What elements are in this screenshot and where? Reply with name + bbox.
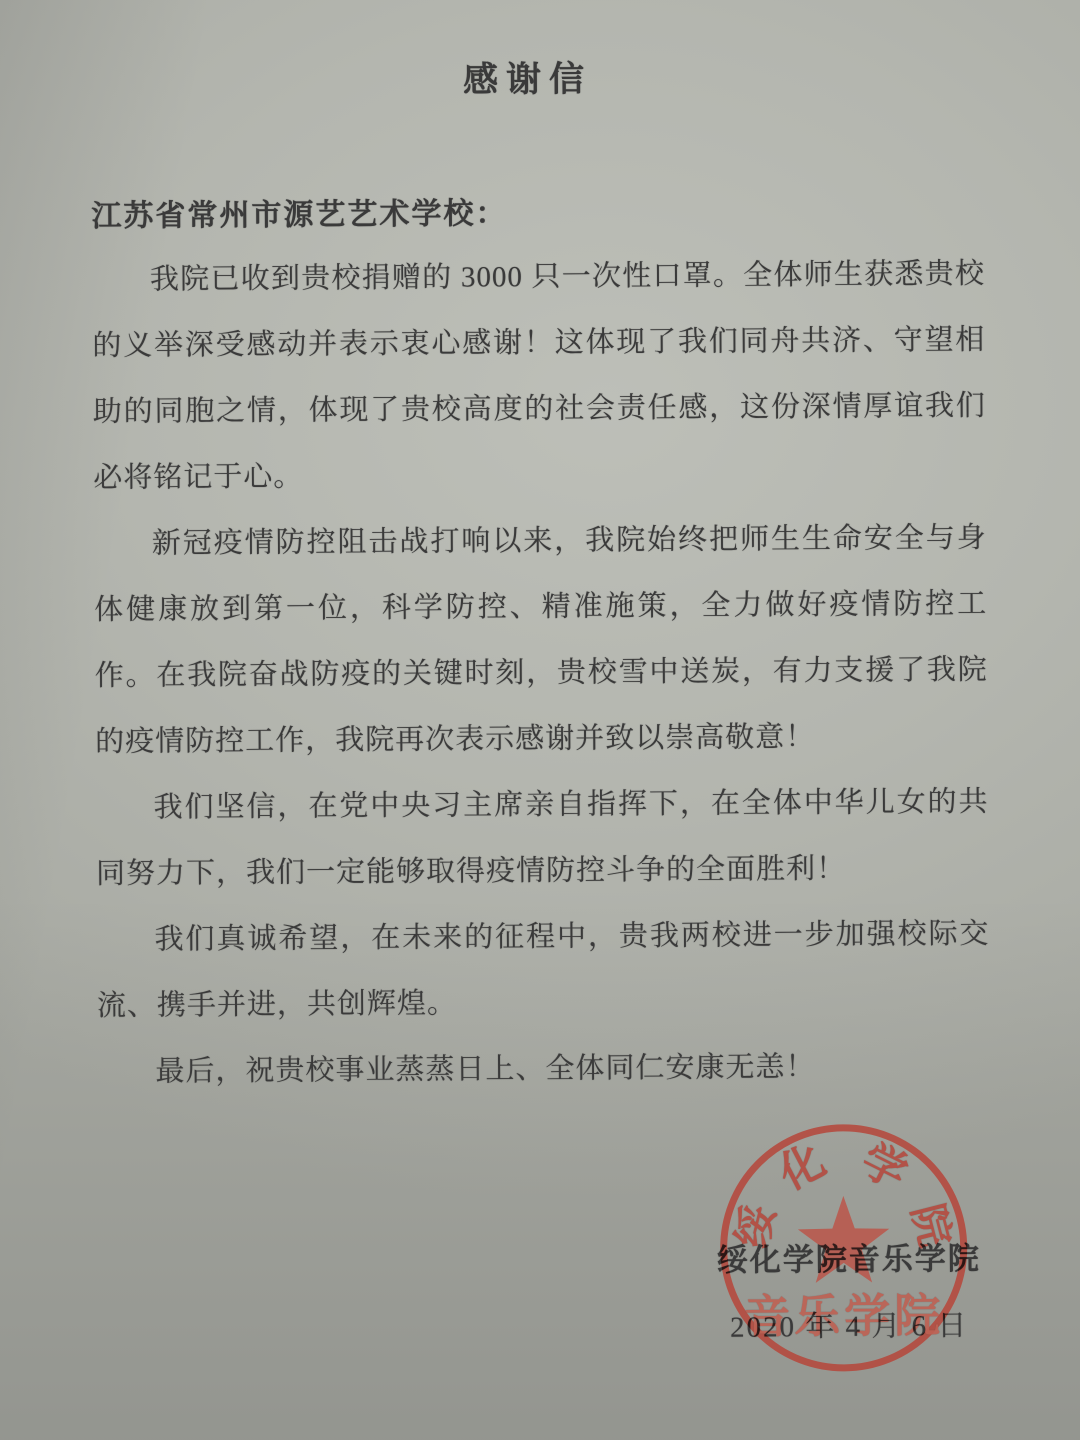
letter-title: 感谢信 xyxy=(0,48,1060,105)
official-seal: 绥 化 学 院 音乐学院 xyxy=(703,1109,985,1391)
letter-document: 感谢信 江苏省常州市源艺艺术学校： 我院已收到贵校捐赠的 3000 只一次性口罩… xyxy=(0,0,1080,1440)
letter-body: 我院已收到贵校捐赠的 3000 只一次性口罩。全体师生获悉贵校的义举深受感动并表… xyxy=(92,241,991,1105)
seal-arc-char-4: 院 xyxy=(902,1199,958,1251)
seal-star-icon xyxy=(798,1196,890,1283)
letter-photo: 感谢信 江苏省常州市源艺艺术学校： 我院已收到贵校捐赠的 3000 只一次性口罩… xyxy=(0,0,1080,1440)
seal-arc-char-1: 绥 xyxy=(729,1201,785,1253)
paragraph-4: 我们真诚希望，在未来的征程中，贵我两校进一步加强校际交流、携手并进，共创辉煌。 xyxy=(96,901,990,1039)
paragraph-2: 新冠疫情防控阻击战打响以来，我院始终把师生生命安全与身体健康放到第一位，科学防控… xyxy=(94,505,989,775)
seal-bottom-text: 音乐学院 xyxy=(744,1290,944,1342)
paragraph-1: 我院已收到贵校捐赠的 3000 只一次性口罩。全体师生获悉贵校的义举深受感动并表… xyxy=(92,241,987,511)
paragraph-3: 我们坚信，在党中央习主席亲自指挥下，在全体中华儿女的共同努力下，我们一定能够取得… xyxy=(95,769,989,907)
paragraph-5: 最后，祝贵校事业蒸蒸日上、全体同仁安康无恙！ xyxy=(97,1033,990,1105)
salutation: 江苏省常州市源艺艺术学校： xyxy=(91,188,507,235)
